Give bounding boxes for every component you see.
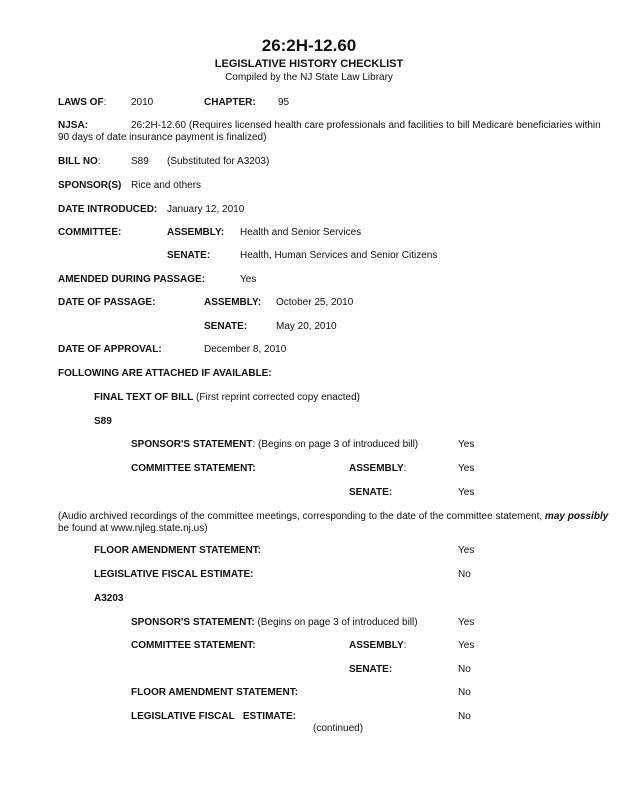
a3203-assembly-label-text: ASSEMBLY: [349, 640, 404, 651]
s89-assembly-value: Yes: [458, 463, 474, 475]
a3203-sponsor-statement-label: SPONSOR'S STATEMENT:: [131, 617, 255, 628]
laws-of-label-text: LAWS OF: [58, 97, 104, 108]
laws-of-value: 2010: [131, 97, 153, 109]
s89-sponsor-statement: SPONSOR'S STATEMENT: (Begins on page 3 o…: [131, 439, 418, 451]
a3203-floor-amendment-label: FLOOR AMENDMENT STATEMENT:: [131, 687, 298, 699]
amended-label: AMENDED DURING PASSAGE:: [58, 274, 205, 286]
committee-assembly-value: Health and Senior Services: [240, 227, 361, 239]
final-text-label: FINAL TEXT OF BILL: [94, 392, 193, 403]
bill-no-label-text: BILL NO: [58, 156, 98, 167]
bill-no-colon: :: [98, 156, 101, 167]
a3203-senate-label: SENATE:: [349, 664, 392, 676]
a3203-committee-statement-label: COMMITTEE STATEMENT:: [131, 640, 256, 652]
s89-senate-label: SENATE:: [349, 487, 392, 499]
audio-note-emphasis: may possibly: [545, 511, 608, 522]
committee-assembly-label: ASSEMBLY:: [167, 227, 224, 239]
a3203-senate-value: No: [458, 664, 471, 676]
passage-assembly-value: October 25, 2010: [276, 297, 353, 309]
committee-senate-label: SENATE:: [167, 250, 210, 262]
continued-note: (continued): [313, 723, 363, 735]
s89-bill-heading: S89: [94, 416, 112, 428]
amended-value: Yes: [240, 274, 256, 286]
s89-sponsor-statement-value: Yes: [458, 439, 474, 451]
njsa-label: NJSA:: [58, 120, 88, 132]
final-text-note: (First reprint corrected copy enacted): [196, 392, 360, 403]
passage-senate-value: May 20, 2010: [276, 321, 337, 333]
document-title: 26:2H-12.60: [0, 36, 618, 56]
document-subtitle: LEGISLATIVE HISTORY CHECKLIST: [0, 58, 618, 71]
date-of-passage-label: DATE OF PASSAGE:: [58, 297, 155, 309]
njsa-value-line1: 26:2H-12.60 (Requires licensed health ca…: [131, 120, 601, 132]
a3203-assembly-label: ASSEMBLY:: [349, 640, 406, 652]
s89-fiscal-estimate-label: LEGISLATIVE FISCAL ESTIMATE:: [94, 569, 253, 581]
a3203-assembly-value: Yes: [458, 640, 474, 652]
audio-note-line1: (Audio archived recordings of the commit…: [58, 511, 608, 523]
s89-floor-amendment-value: Yes: [458, 545, 474, 557]
final-text-row: FINAL TEXT OF BILL (First reprint correc…: [94, 392, 360, 404]
a3203-sponsor-statement-note: (Begins on page 3 of introduced bill): [255, 617, 418, 628]
chapter-label: CHAPTER:: [204, 97, 256, 109]
a3203-sponsor-statement-value: Yes: [458, 617, 474, 629]
bill-no-value: S89: [131, 156, 149, 168]
bill-no-note: (Substituted for A3203): [167, 156, 269, 168]
date-introduced-value: January 12, 2010: [167, 204, 244, 216]
s89-fiscal-estimate-value: No: [458, 569, 471, 581]
s89-floor-amendment-label: FLOOR AMENDMENT STATEMENT:: [94, 545, 261, 557]
committee-senate-value: Health, Human Services and Senior Citize…: [240, 250, 437, 262]
sponsors-label: SPONSOR(S): [58, 180, 121, 192]
s89-sponsor-statement-note: : (Begins on page 3 of introduced bill): [252, 439, 418, 450]
compiled-by: Compiled by the NJ State Law Library: [0, 72, 618, 84]
a3203-sponsor-statement: SPONSOR'S STATEMENT: (Begins on page 3 o…: [131, 617, 418, 629]
a3203-fiscal-estimate-value: No: [458, 711, 471, 723]
date-of-approval-value: December 8, 2010: [204, 344, 286, 356]
a3203-bill-heading: A3203: [94, 593, 123, 605]
a3203-assembly-colon: :: [404, 640, 407, 651]
laws-of-label: LAWS OF:: [58, 97, 106, 109]
s89-assembly-label: ASSEMBLY:: [349, 463, 406, 475]
date-of-approval-label: DATE OF APPROVAL:: [58, 344, 162, 356]
attached-heading: FOLLOWING ARE ATTACHED IF AVAILABLE:: [58, 368, 272, 380]
audio-note-text: (Audio archived recordings of the commit…: [58, 511, 545, 522]
s89-committee-statement-label: COMMITTEE STATEMENT:: [131, 463, 256, 475]
a3203-floor-amendment-value: No: [458, 687, 471, 699]
passage-assembly-label: ASSEMBLY:: [204, 297, 261, 309]
a3203-fiscal-estimate-label: LEGISLATIVE FISCAL ESTIMATE:: [131, 711, 296, 723]
s89-senate-value: Yes: [458, 487, 474, 499]
njsa-value-line2: 90 days of date insurance payment is fin…: [58, 132, 266, 144]
laws-of-colon: :: [104, 97, 107, 108]
chapter-value: 95: [278, 97, 289, 109]
date-introduced-label: DATE INTRODUCED:: [58, 204, 157, 216]
bill-no-label: BILL NO:: [58, 156, 101, 168]
s89-sponsor-statement-label: SPONSOR'S STATEMENT: [131, 439, 252, 450]
passage-senate-label: SENATE:: [204, 321, 247, 333]
audio-note-line2: be found at www.njleg.state.nj.us): [58, 523, 208, 535]
sponsors-value: Rice and others: [131, 180, 201, 192]
s89-assembly-colon: :: [404, 463, 407, 474]
committee-label: COMMITTEE:: [58, 227, 121, 239]
s89-assembly-label-text: ASSEMBLY: [349, 463, 404, 474]
